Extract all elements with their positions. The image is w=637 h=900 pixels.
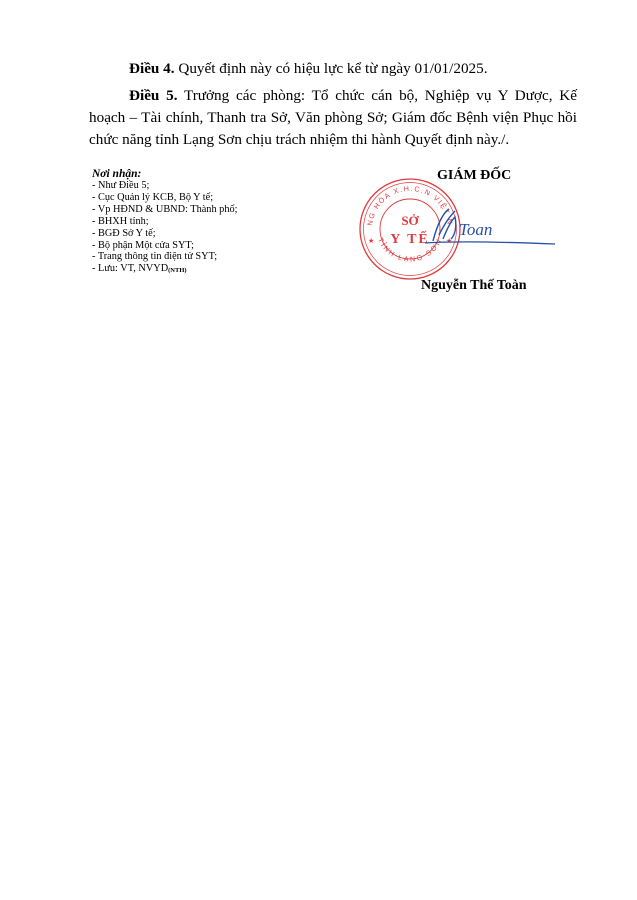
handwritten-signature-icon: Toan xyxy=(425,205,565,255)
recipient-item: - Cục Quản lý KCB, Bộ Y tế; xyxy=(92,192,238,204)
recipient-item-archive: - Lưu: VT, NVYD(NTH) xyxy=(92,263,238,277)
recipient-item: - Trang thông tin điện tử SYT; xyxy=(92,251,238,263)
recipient-item: - BHXH tỉnh; xyxy=(92,216,238,228)
stamp-star-icon: ★ xyxy=(368,237,374,245)
article-5: Điều 5. Trưởng các phòng: Tổ chức cán bộ… xyxy=(89,85,577,151)
recipient-item: - Như Điều 5; xyxy=(92,180,238,192)
signature-text: Toan xyxy=(459,220,492,239)
article-4-text: Quyết định này có hiệu lực kể từ ngày 01… xyxy=(175,60,488,77)
signer-name: Nguyễn Thế Toàn xyxy=(421,278,527,294)
article-4-label: Điều 4. xyxy=(129,60,175,77)
archive-initials: (NTH) xyxy=(168,267,186,274)
recipient-item: - BGĐ Sở Y tế; xyxy=(92,228,238,240)
recipient-item: - Bộ phận Một cửa SYT; xyxy=(92,240,238,252)
article-5-label: Điều 5. xyxy=(129,87,178,104)
archive-text: - Lưu: VT, NVYD xyxy=(92,263,168,274)
stamp-center-line2: Y TẾ xyxy=(390,230,430,247)
stamp-center-line1: SỞ xyxy=(401,213,419,228)
recipient-item: - Vp HĐND & UBND: Thành phố; xyxy=(92,204,238,216)
article-4: Điều 4. Quyết định này có hiệu lực kể từ… xyxy=(89,58,577,80)
recipients-title: Nơi nhận: xyxy=(92,168,238,180)
recipients-block: Nơi nhận: - Như Điều 5; - Cục Quản lý KC… xyxy=(92,168,238,277)
